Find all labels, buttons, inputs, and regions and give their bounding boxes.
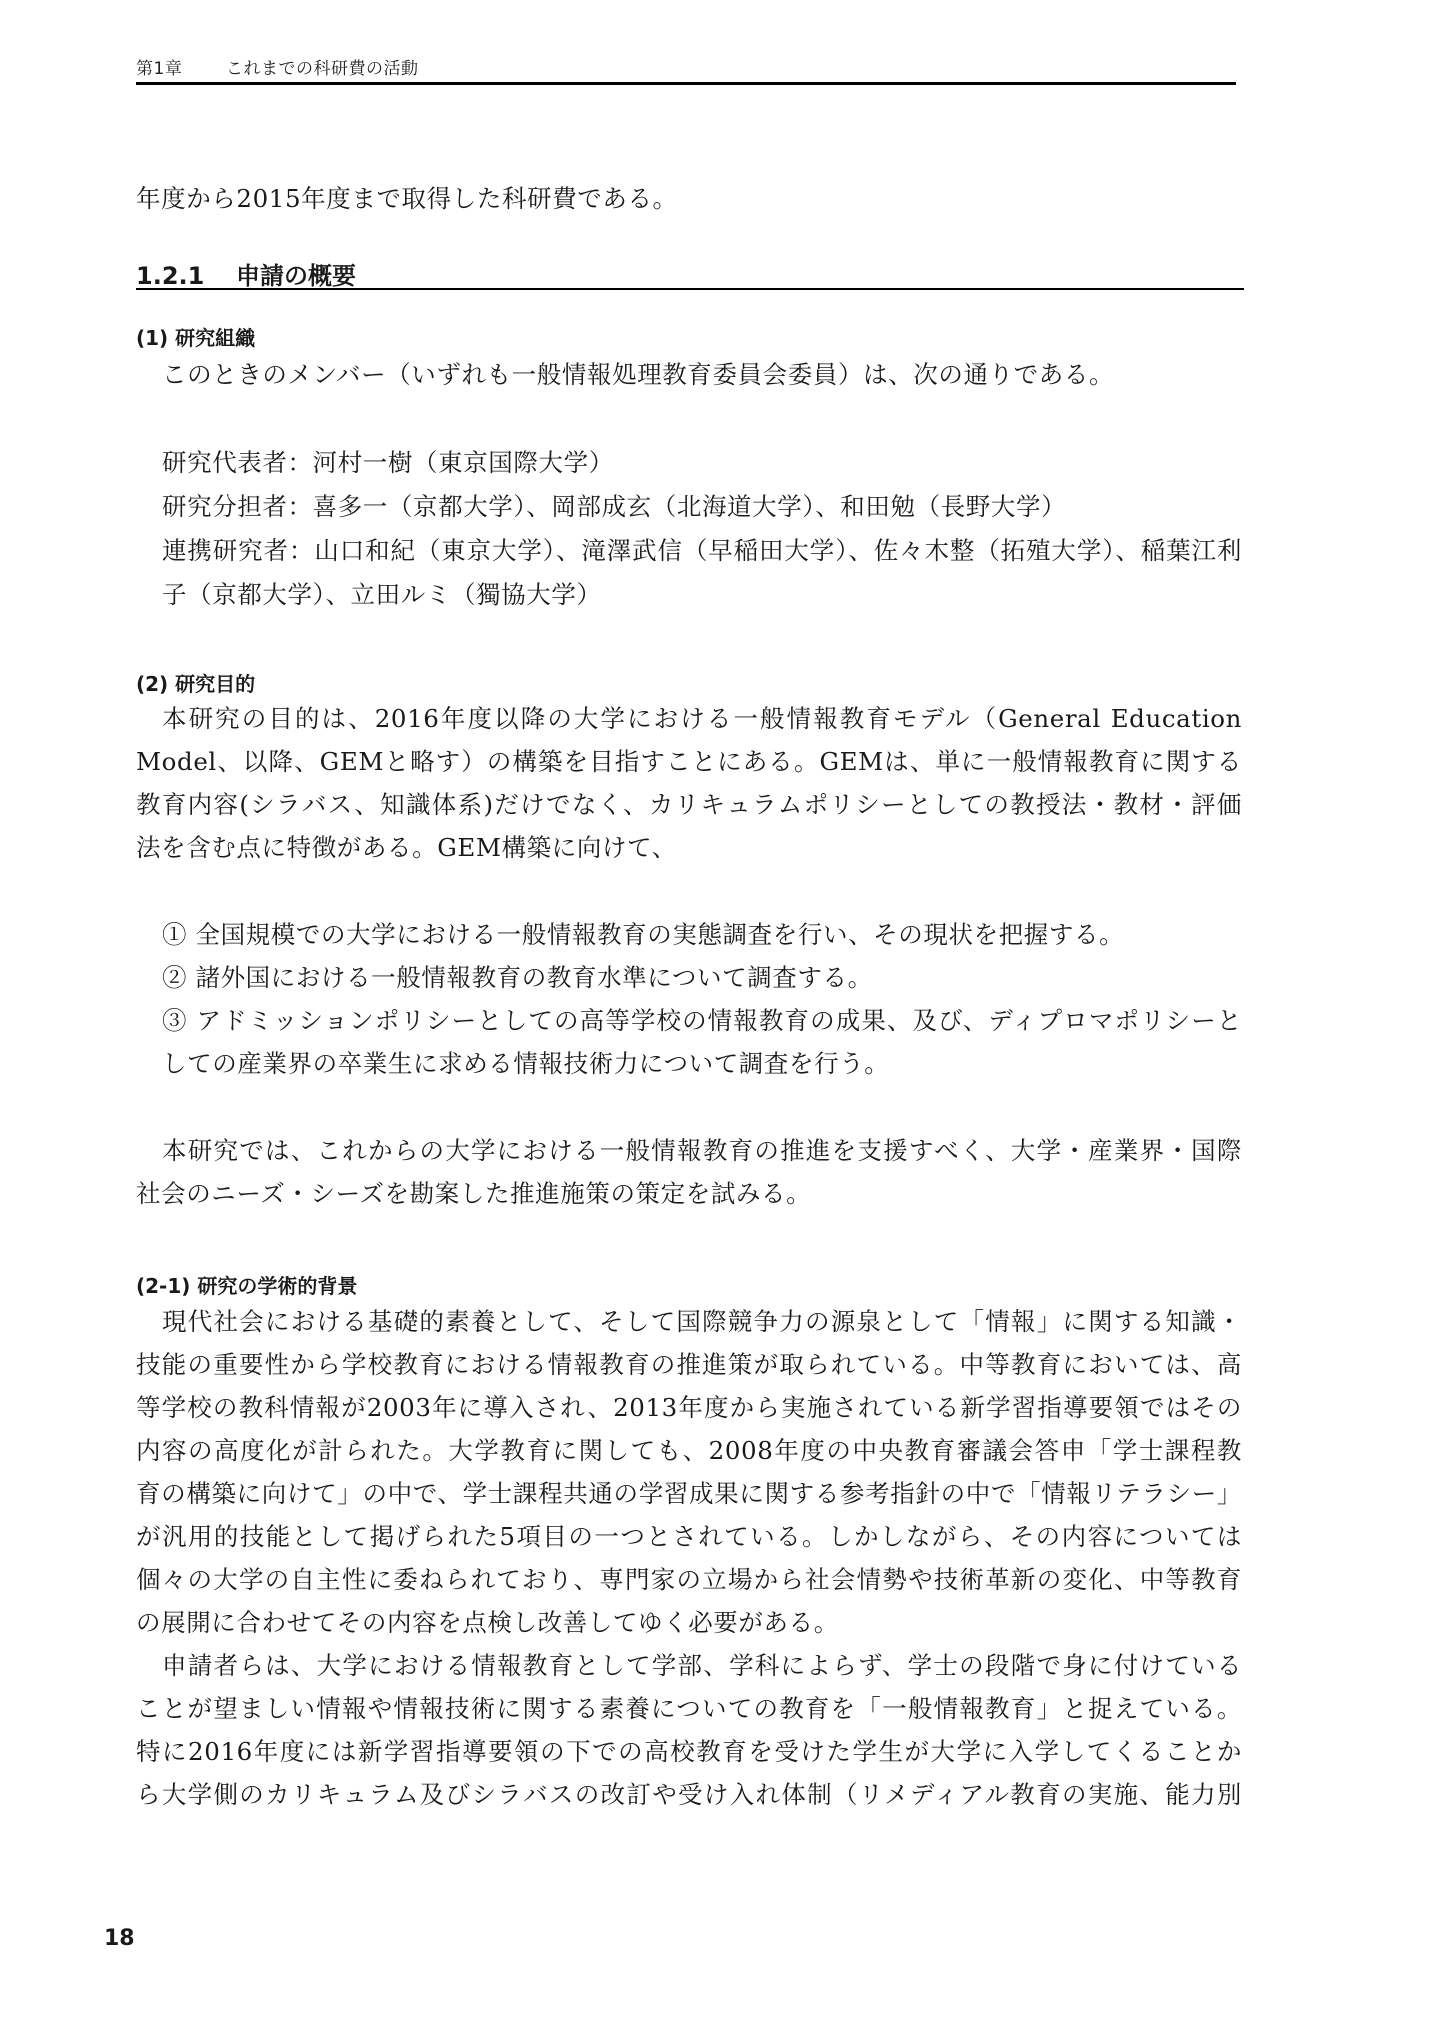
goal-item: ② 諸外国における一般情報教育の教育水準について調査する。 [162, 963, 873, 993]
section-rule [136, 288, 1244, 290]
paragraph-line: 本研究の目的は、2016年度以降の大学における一般情報教育モデル（General… [162, 704, 1242, 734]
paragraph-line: の展開に合わせてその内容を点検し改善してゆく必要がある。 [136, 1608, 839, 1638]
member-line: 子（京都大学）、立田ルミ（獨協大学） [162, 580, 602, 610]
paragraph-line: Model、以降、GEMと略す）の構築を目指すことにある。GEMは、単に一般情報… [136, 747, 1242, 777]
subheading-research-purpose: (2) 研究目的 [136, 668, 255, 697]
intro-line: 年度から2015年度まで取得した科研費である。 [136, 184, 678, 214]
chapter-number: 第1章 [136, 54, 226, 79]
running-header: 第1章これまでの科研費の活動 [136, 54, 419, 79]
paragraph-line: 技能の重要性から学校教育における情報教育の推進策が取られている。中等教育において… [136, 1350, 1242, 1380]
members-intro: このときのメンバー（いずれも一般情報処理教育委員会委員）は、次の通りである。 [162, 360, 1114, 390]
paragraph-line: が汎用的技能として掲げられた5項目の一つとされている。しかしながら、その内容につ… [136, 1522, 1242, 1552]
chapter-title: これまでの科研費の活動 [226, 59, 419, 79]
header-rule [136, 82, 1236, 85]
paragraph-line: 個々の大学の自主性に委ねられており、専門家の立場から社会情勢や技術革新の変化、中… [136, 1565, 1242, 1595]
paragraph-line: 内容の高度化が計られた。大学教育に関しても、2008年度の中央教育審議会答申「学… [136, 1436, 1242, 1466]
paragraph-line: 教育内容(シラバス、知識体系)だけでなく、カリキュラムポリシーとしての教授法・教… [136, 790, 1242, 820]
paragraph-line: 申請者らは、大学における情報教育として学部、学科によらず、学士の段階で身に付けて… [162, 1651, 1242, 1681]
paragraph-line: 等学校の教科情報が2003年に導入され、2013年度から実施されている新学習指導… [136, 1393, 1242, 1423]
member-line: 研究分担者：喜多一（京都大学）、岡部成玄（北海道大学）、和田勉（長野大学） [162, 492, 1066, 522]
subheading-academic-background: (2-1) 研究の学術的背景 [136, 1270, 357, 1299]
paragraph-line: 本研究では、これからの大学における一般情報教育の推進を支援すべく、大学・産業界・… [162, 1136, 1242, 1166]
document-page: 第1章これまでの科研費の活動 年度から2015年度まで取得した科研費である。 1… [0, 0, 1433, 2024]
member-line: 研究代表者：河村一樹（東京国際大学） [162, 448, 614, 478]
page-number: 18 [104, 1926, 135, 1951]
paragraph-line: 法を含む点に特徴がある。GEM構築に向けて、 [136, 833, 677, 863]
paragraph-line: ら大学側のカリキュラム及びシラバスの改訂や受け入れ体制（リメディアル教育の実施、… [136, 1780, 1242, 1810]
goal-item: ① 全国規模での大学における一般情報教育の実態調査を行い、その現状を把握する。 [162, 920, 1124, 950]
paragraph-line: 社会のニーズ・シーズを勘案した推進施策の策定を試みる。 [136, 1179, 811, 1209]
paragraph-line: 特に2016年度には新学習指導要領の下での高校教育を受けた学生が大学に入学してく… [136, 1737, 1242, 1767]
goal-item: しての産業界の卒業生に求める情報技術力について調査を行う。 [162, 1049, 889, 1079]
goal-item: ③ アドミッションポリシーとしての高等学校の情報教育の成果、及び、ディプロマポリ… [162, 1006, 1242, 1036]
subheading-research-organization: (1) 研究組織 [136, 322, 255, 351]
paragraph-line: ことが望ましい情報や情報技術に関する素養についての教育を「一般情報教育」と捉えて… [136, 1694, 1242, 1724]
paragraph-line: 育の構築に向けて」の中で、学士課程共通の学習成果に関する参考指針の中で「情報リテ… [136, 1479, 1242, 1509]
section-title: 申請の概要 [236, 262, 356, 290]
section-number: 1.2.1 [136, 262, 236, 290]
paragraph-line: 現代社会における基礎的素養として、そして国際競争力の源泉として「情報」に関する知… [162, 1307, 1242, 1337]
member-line: 連携研究者：山口和紀（東京大学）、滝澤武信（早稲田大学）、佐々木整（拓殖大学）、… [162, 536, 1242, 566]
section-heading: 1.2.1申請の概要 [136, 256, 356, 291]
